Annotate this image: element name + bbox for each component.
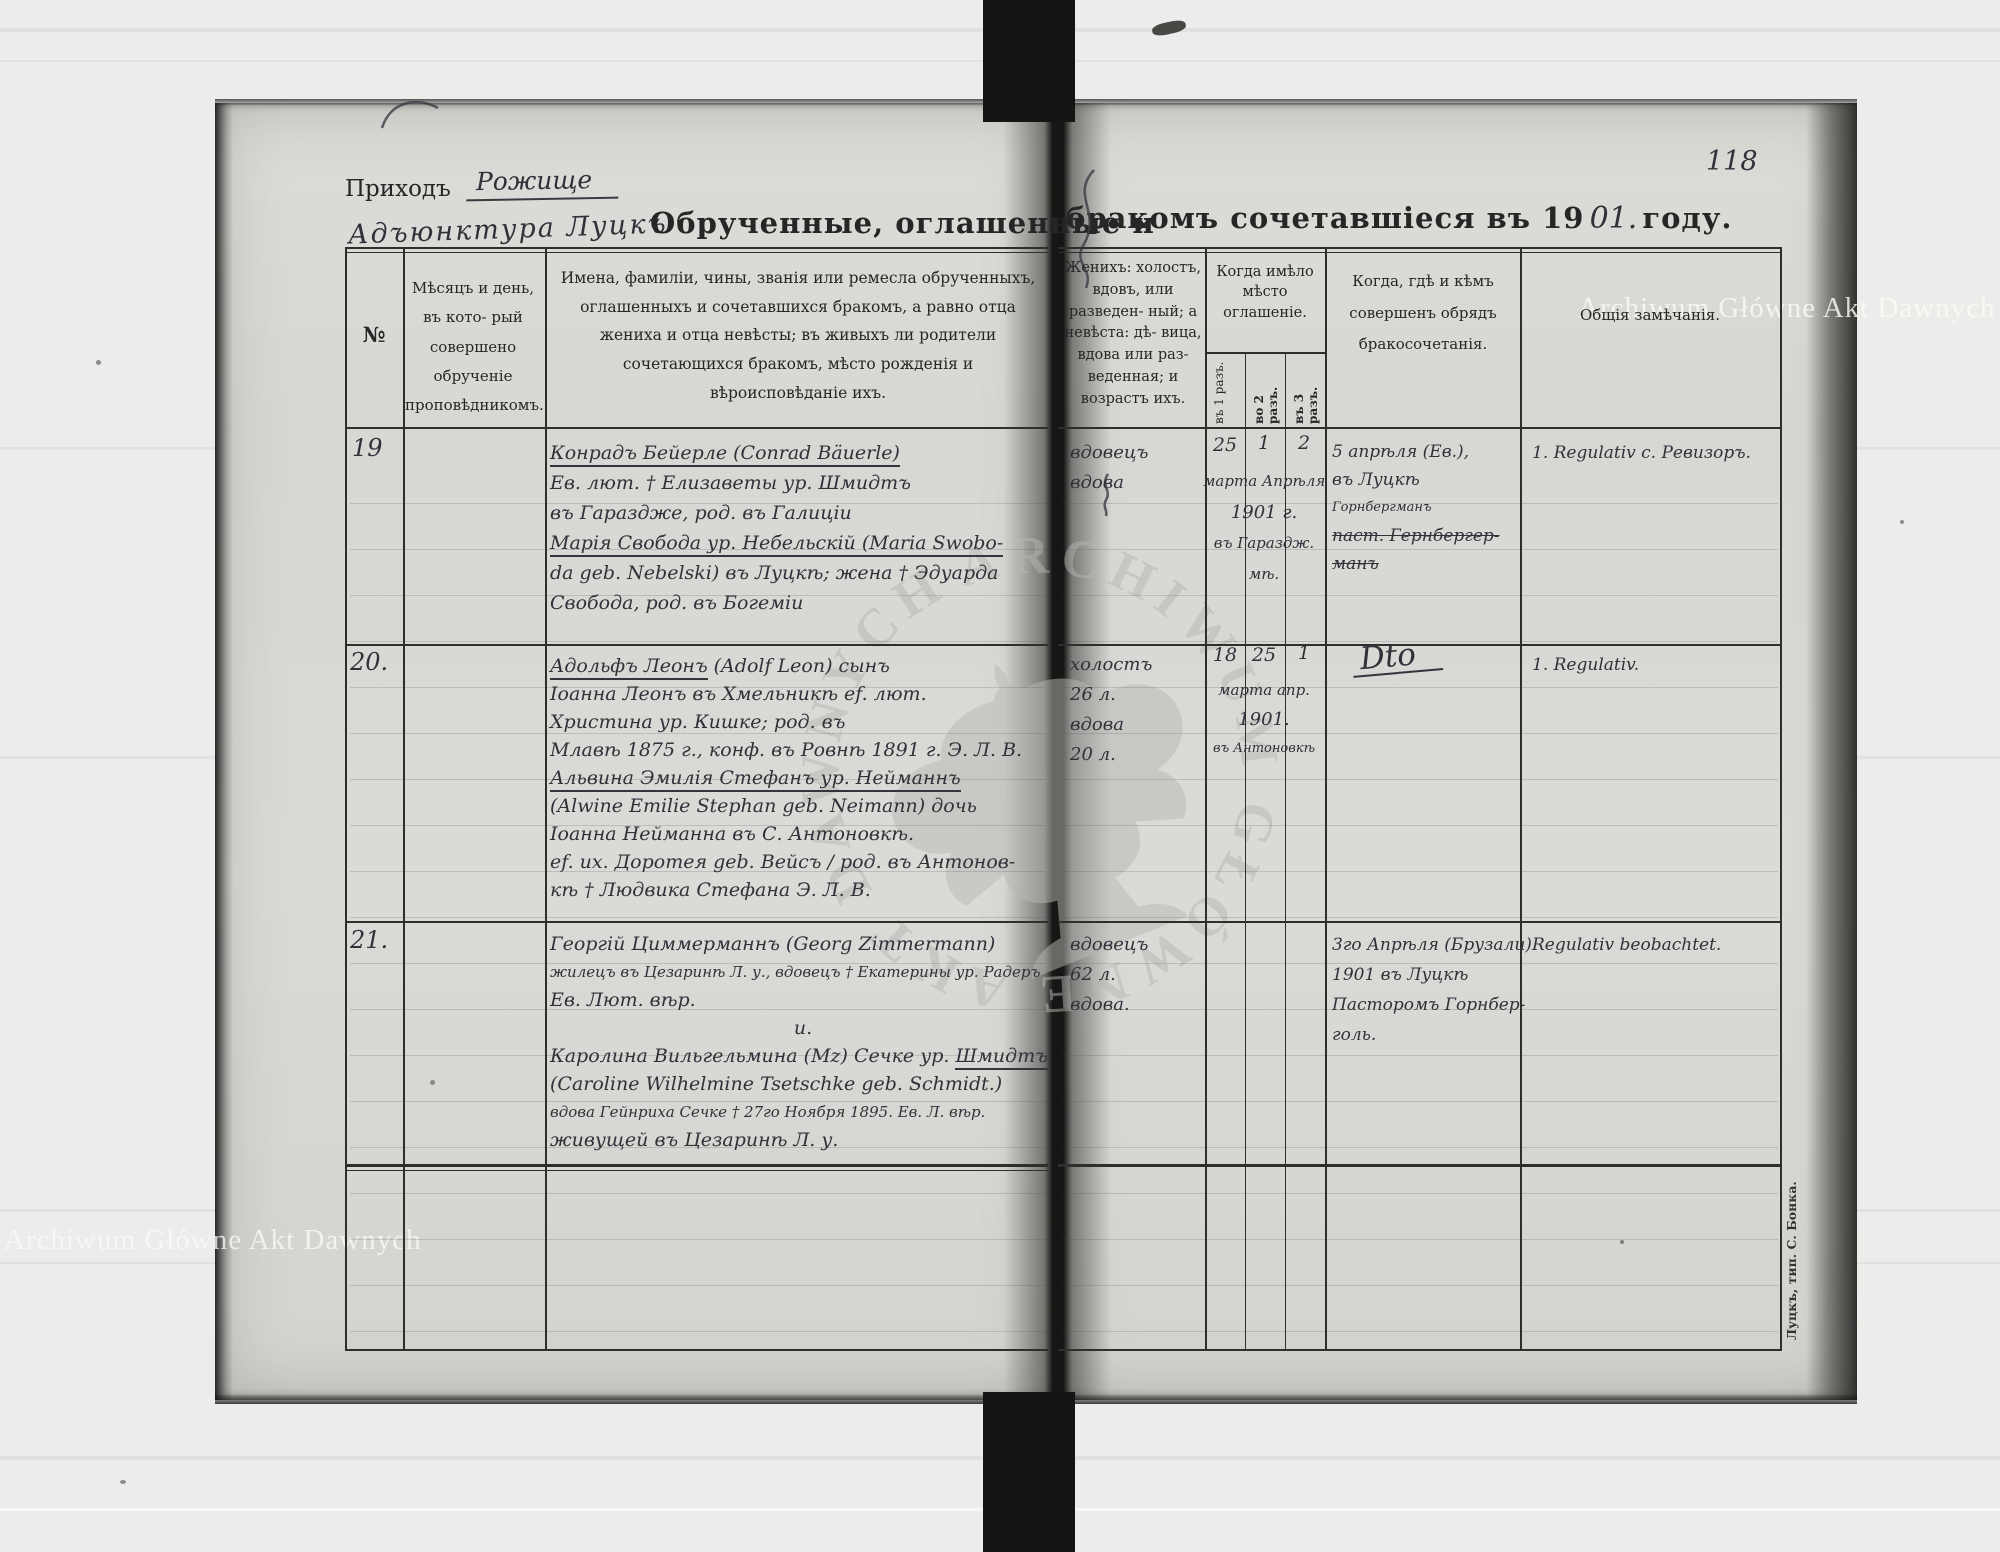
hand-line: въ Гараздже, род. въ Галиціи — [550, 498, 1046, 528]
hand-line: Христина ур. Кишке; род. въ — [550, 708, 1046, 736]
hand-line: 1901 г. — [1203, 497, 1325, 528]
table-rule — [1058, 1349, 1782, 1351]
hand-text: 20 л. — [1070, 744, 1116, 765]
col-header-ceremony: Когда, гдѣ и кѣмъ совершенъ обрядъ брако… — [1330, 266, 1516, 361]
hand-line: Альвина Эмилія Стефанъ ур. Нейманнъ — [550, 764, 1046, 792]
hand-text: Іоанна Нейманна въ С. Антоновкѣ. — [550, 823, 914, 845]
hand-line: Іоанна Нейманна въ С. Антоновкѣ. — [550, 820, 1046, 848]
hand-text: Regulativ beobachtet. — [1532, 935, 1721, 955]
hand-text: вдова — [1070, 472, 1124, 493]
entry-19-banns-1: 25 — [1208, 434, 1242, 456]
table-rule — [1058, 1164, 1782, 1167]
hand-line: Марія Свобода ур. Небельскій (Maria Swob… — [550, 528, 1046, 558]
entry-number: 20. — [350, 648, 388, 676]
hand-line: Свобода, род. въ Богеміи — [550, 588, 1046, 618]
hand-text: Шмидтъ — [955, 1045, 1047, 1070]
hand-text: Конрадъ Бейерле (Conrad Bäuerle) — [550, 442, 900, 467]
entry-19-status: вдовецъвдова — [1070, 438, 1200, 498]
table-rule — [545, 249, 547, 1351]
entry-21-status: вдовецъ62 л.вдова. — [1070, 930, 1200, 1020]
hand-line: Пасторомъ Горнбер- — [1332, 990, 1522, 1020]
table-rule — [345, 644, 1048, 646]
col-header-names: Имена, фамиліи, чины, званія или ремесла… — [552, 264, 1044, 407]
hand-line: въ Гараздж. — [1203, 528, 1325, 559]
scan-speck — [1620, 1240, 1624, 1244]
hand-text: 26 л. — [1070, 684, 1116, 705]
hand-text: 5 апрѣля (Ев.), — [1332, 442, 1469, 462]
hand-text: Іоанна Леонъ въ Хмельникѣ ef. лют. — [550, 683, 927, 705]
table-rule — [345, 1349, 1048, 1351]
entry-20-banns-2: 25 — [1247, 644, 1281, 666]
hand-text: Млавѣ 1875 г., конф. въ Ровнѣ 1891 г. Э.… — [550, 739, 1022, 761]
hand-line: вдова Гейнриха Сечке † 27го Ноября 1895.… — [550, 1098, 1056, 1126]
col-header-banns: Когда имѣло мѣсто оглашеніе. — [1207, 262, 1323, 323]
hand-line: въ Луцкѣ — [1332, 466, 1518, 494]
col-header-month-day: Мѣсяцъ и день, въ кото- рый совершено об… — [405, 274, 541, 420]
entry-20-banns-dates: марта апр.1901.въ Антоновкѣ — [1203, 676, 1325, 763]
hand-line: 26 л. — [1070, 680, 1200, 710]
hand-line: 3го Апрѣля (Брузали) — [1332, 930, 1522, 960]
hand-line: Regulativ beobachtet. — [1532, 932, 1782, 958]
hand-text: манъ — [1332, 554, 1379, 574]
entry-19-remarks: 1. Regulativ c. Ревизоръ. — [1532, 440, 1778, 466]
hand-line: 5 апрѣля (Ев.), — [1332, 438, 1518, 466]
hand-text: (Alwine Emilie Stephan geb. Neimann) доч… — [550, 795, 977, 817]
hand-line: мѣ. — [1203, 559, 1325, 590]
hand-text: холостъ — [1070, 654, 1152, 675]
hand-text: 1901 г. — [1231, 502, 1297, 523]
col-header-banns-2: во 2 разъ. — [1252, 358, 1280, 424]
table-rule — [1780, 247, 1782, 1351]
hand-text: 1. Regulativ. — [1532, 655, 1639, 675]
table-rule — [345, 427, 1048, 429]
scan-speck — [120, 1480, 126, 1484]
hand-text: марта апр. — [1218, 681, 1310, 699]
hand-line: 20 л. — [1070, 740, 1200, 770]
hand-text: Георгій Циммерманнъ (Georg Zimmermann) — [550, 933, 995, 955]
entry-19-ceremony: 5 апрѣля (Ев.),въ ЛуцкѣГорнбергманъпаст.… — [1332, 438, 1518, 578]
hand-line: вдова. — [1070, 990, 1200, 1020]
hand-line: холостъ — [1070, 650, 1200, 680]
hand-text: вдова Гейнриха Сечке † 27го Ноября 1895.… — [550, 1103, 985, 1121]
hand-text: Свобода, род. въ Богеміи — [550, 592, 803, 614]
entry-20-ceremony: Dto — [1352, 642, 1538, 675]
hand-text: вдовецъ — [1070, 442, 1148, 463]
hand-text: Ев. лют. † Елизаветы ур. Шмидтъ — [550, 472, 911, 494]
hand-line: ef. ux. Доротея geb. Вейсъ / род. въ Ант… — [550, 848, 1046, 876]
hand-text: Ев. Лют. вѣр. — [550, 989, 696, 1011]
hand-text: паст. Гернбергер- — [1332, 526, 1500, 546]
entry-20-names: Адольфъ Леонъ (Adolf Leon) сынъІоанна Ле… — [550, 652, 1046, 904]
entry-number: 21. — [350, 926, 388, 954]
hand-line: Ев. Лют. вѣр. — [550, 986, 1056, 1014]
hand-text: мѣ. — [1249, 565, 1279, 583]
hand-text: (Caroline Wilhelmine Tsetschke geb. Schm… — [550, 1073, 1002, 1095]
entry-number: 19 — [352, 434, 383, 462]
hand-line: вдовецъ — [1070, 930, 1200, 960]
col-header-remarks: Общія замѣчанія. — [1524, 306, 1776, 324]
hand-text: 1901. — [1238, 709, 1290, 730]
table-rule — [1520, 249, 1522, 1351]
hand-line: 1901. — [1203, 705, 1325, 734]
hand-text: Адольфъ Леонъ — [550, 655, 708, 680]
hand-line: марта Апрѣля — [1203, 466, 1325, 497]
hand-line: 62 л. — [1070, 960, 1200, 990]
table-rule — [345, 1164, 1048, 1167]
hand-text: Христина ур. Кишке; род. въ — [550, 711, 845, 733]
entry-21-remarks: Regulativ beobachtet. — [1532, 932, 1782, 958]
table-rule — [1058, 247, 1782, 249]
hand-text: въ Луцкѣ — [1332, 470, 1420, 490]
scan-speck — [96, 360, 101, 365]
hand-text: ef. ux. Доротея geb. Вейсъ / род. въ Ант… — [550, 851, 1015, 873]
hand-text: 1901 въ Луцкѣ — [1332, 965, 1468, 985]
hand-line: Dto — [1351, 638, 1443, 678]
table-rule — [1058, 921, 1782, 923]
hand-line: (Alwine Emilie Stephan geb. Neimann) доч… — [550, 792, 1046, 820]
ledger-ruling-right — [1062, 458, 1778, 1348]
scan-speck — [1900, 520, 1904, 524]
hand-text: въ Гараздж. — [1214, 534, 1314, 552]
hand-line: Конрадъ Бейерле (Conrad Bäuerle) — [550, 438, 1046, 468]
table-rule — [1205, 352, 1325, 354]
col-header-banns-3: въ 3 разъ. — [1292, 358, 1320, 424]
hand-text: живущей въ Цезаринѣ Л. у. — [550, 1129, 838, 1151]
hand-text: 1. Regulativ c. Ревизоръ. — [1532, 443, 1751, 463]
hand-text: вдова — [1070, 714, 1124, 735]
hand-text: 3го Апрѣля (Брузали) — [1332, 935, 1532, 955]
entry-21-ceremony: 3го Апрѣля (Брузали)1901 въ ЛуцкѣПасторо… — [1332, 930, 1522, 1050]
entry-19-banns-2: 1 — [1247, 432, 1281, 454]
col-header-groom-bride: Женихъ: холостъ, вдовъ, или разведен- ны… — [1064, 258, 1202, 410]
hand-text: въ Гараздже, род. въ Галиціи — [550, 502, 852, 524]
hand-line: голь. — [1332, 1020, 1522, 1050]
table-rule — [345, 252, 1048, 253]
hand-line: Іоанна Леонъ въ Хмельникѣ ef. лют. — [550, 680, 1046, 708]
hand-text: Dto — [1358, 636, 1417, 677]
entry-19-banns-3: 2 — [1287, 432, 1321, 454]
hand-line: паст. Гернбергер- — [1332, 522, 1518, 550]
hand-line: жилецъ въ Цезаринѣ Л. у., вдовецъ † Екат… — [550, 958, 1056, 986]
hand-text: марта Апрѣля — [1203, 472, 1325, 490]
hand-line: 1901 въ Луцкѣ — [1332, 960, 1522, 990]
hand-text: голь. — [1332, 1025, 1376, 1045]
hand-line: 1. Regulativ c. Ревизоръ. — [1532, 440, 1778, 466]
binding-tape-top — [983, 0, 1075, 122]
hand-line: вдова — [1070, 468, 1200, 498]
hand-line: Ев. лют. † Елизаветы ур. Шмидтъ — [550, 468, 1046, 498]
hand-text: кѣ † Людвика Стефана Э. Л. В. — [550, 879, 871, 901]
hand-line: Каролина Вильгельмина (Mz) Сечке ур. Шми… — [550, 1042, 1056, 1070]
entry-20-banns-3: 1 — [1287, 642, 1321, 664]
hand-text: Марія Свобода ур. Небельскій (Maria Swob… — [550, 532, 1003, 557]
hand-line: Млавѣ 1875 г., конф. въ Ровнѣ 1891 г. Э.… — [550, 736, 1046, 764]
entry-20-remarks: 1. Regulativ. — [1532, 652, 1778, 678]
hand-line: манъ — [1332, 550, 1518, 578]
hand-text: и. — [794, 1017, 812, 1039]
scanned-register-page: ARCHIWUM GŁÓWNE AKT DAWNYCH · Archiwum G… — [0, 0, 2000, 1552]
entry-20-banns-1: 18 — [1208, 644, 1242, 666]
table-rule — [345, 247, 347, 1351]
hand-line: вдова — [1070, 710, 1200, 740]
entry-19-names: Конрадъ Бейерле (Conrad Bäuerle)Ев. лют.… — [550, 438, 1046, 618]
scan-speck — [430, 1080, 435, 1085]
entry-21-names: Георгій Циммерманнъ (Georg Zimmermann)жи… — [550, 930, 1056, 1154]
col-header-no: № — [350, 322, 398, 347]
entry-20-status: холостъ26 л.вдова20 л. — [1070, 650, 1200, 770]
binding-tape-bottom — [983, 1392, 1075, 1552]
hand-line: Георгій Циммерманнъ (Georg Zimmermann) — [550, 930, 1056, 958]
table-rule — [1058, 427, 1782, 429]
hand-line: (Caroline Wilhelmine Tsetschke geb. Schm… — [550, 1070, 1056, 1098]
hand-text: Пасторомъ Горнбер- — [1332, 995, 1525, 1015]
hand-text: въ Антоновкѣ — [1213, 741, 1315, 756]
hand-text: Горнбергманъ — [1332, 500, 1432, 515]
table-rule — [1325, 249, 1327, 1351]
table-rule — [1058, 252, 1782, 253]
hand-text: 62 л. — [1070, 964, 1116, 985]
hand-line: 1. Regulativ. — [1532, 652, 1778, 678]
hand-line: и. — [550, 1014, 1056, 1042]
table-rule — [345, 247, 1048, 249]
entry-19-banns-dates: марта Апрѣля1901 г.въ Гараздж.мѣ. — [1203, 466, 1325, 590]
hand-text: Альвина Эмилія Стефанъ ур. Нейманнъ — [550, 767, 961, 792]
hand-line: da geb. Nebelski) въ Луцкѣ; жена † Эдуар… — [550, 558, 1046, 588]
hand-text: da geb. Nebelski) въ Луцкѣ; жена † Эдуар… — [550, 562, 999, 584]
hand-text: (Adolf Leon) сынъ — [708, 655, 890, 677]
hand-line: живущей въ Цезаринѣ Л. у. — [550, 1126, 1056, 1154]
table-rule — [345, 921, 1048, 923]
hand-line: въ Антоновкѣ — [1203, 734, 1325, 763]
hand-line: кѣ † Людвика Стефана Э. Л. В. — [550, 876, 1046, 904]
hand-text: Каролина Вильгельмина (Mz) Сечке ур. — [550, 1045, 955, 1067]
hand-text: жилецъ въ Цезаринѣ Л. у., вдовецъ † Екат… — [550, 963, 1040, 981]
hand-line: вдовецъ — [1070, 438, 1200, 468]
table-rule — [345, 1170, 1048, 1171]
hand-line: марта апр. — [1203, 676, 1325, 705]
table-rule — [1205, 249, 1207, 1351]
col-header-banns-1: въ 1 разъ. — [1212, 358, 1226, 424]
hand-line: Горнбергманъ — [1332, 494, 1518, 522]
hand-text: вдова. — [1070, 994, 1130, 1015]
printer-imprint: Луцкъ, тип. С. Бонка. — [1784, 1130, 1799, 1340]
hand-line: Адольфъ Леонъ (Adolf Leon) сынъ — [550, 652, 1046, 680]
hand-text: вдовецъ — [1070, 934, 1148, 955]
